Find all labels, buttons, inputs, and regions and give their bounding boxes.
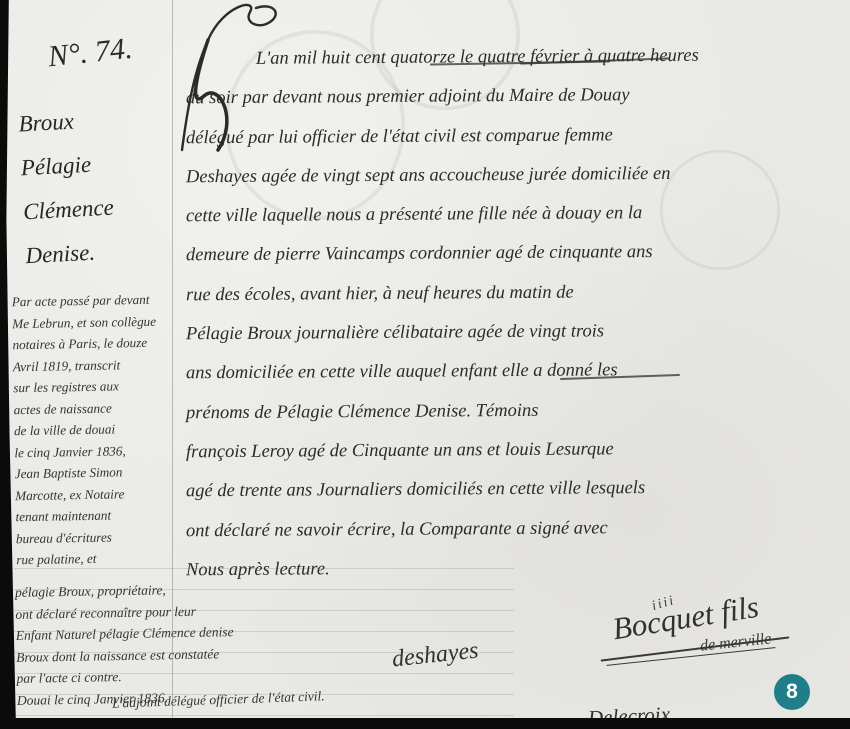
scanned-birth-record-page: N°. 74. BrouxPélagieClémenceDenise. Par … [0, 0, 850, 729]
act-body-line: du soir par devant nous premier adjoint … [186, 75, 846, 119]
scan-edge-bottom [0, 718, 850, 729]
margin-note-line: bureau d'écritures [16, 525, 160, 549]
act-body-line: ont déclaré ne savoir écrire, la Compara… [186, 507, 846, 551]
margin-note-line: notaires à Paris, le douze [12, 332, 156, 356]
margin-name-line: Denise. [24, 230, 117, 279]
margin-note-line: Avril 1819, transcrit [13, 353, 157, 377]
act-body-line: françois Leroy agé de Cinquante un ans e… [186, 429, 846, 473]
margin-note-line: de la ville de douai [14, 418, 158, 442]
act-body-line: prénoms de Pélagie Clémence Denise. Témo… [186, 389, 846, 433]
margin-note-line: Par acte passé par devant [12, 289, 156, 313]
margin-note-line: Broux dont la naissance est constatée [16, 643, 234, 668]
margin-note-line: le cinq Janvier 1836, [14, 439, 158, 463]
margin-recognition-note-continued: pélagie Broux, propriétaire,ont déclaré … [15, 578, 235, 711]
margin-name-line: Broux [17, 98, 110, 147]
margin-note-line: rue palatine, et [16, 547, 160, 571]
margin-note-line: Enfant Naturel pélagie Clémence denise [16, 621, 234, 646]
act-body-line: cette ville laquelle nous a présenté une… [186, 193, 846, 237]
margin-note-line: Me Lebrun, et son collègue [12, 310, 156, 334]
margin-name-line: Pélagie [20, 142, 113, 191]
signature-bocquet-subscript: de merville [699, 630, 772, 655]
act-body-line: agé de trente ans Journaliers domiciliés… [186, 468, 846, 512]
act-body-line: Deshayes agée de vingt sept ans accouche… [186, 154, 846, 198]
margin-rule-line [172, 0, 173, 718]
margin-note-line: Jean Baptiste Simon [15, 461, 159, 485]
margin-note-line: sur les registres aux [13, 375, 157, 399]
act-number: N°. 74. [46, 32, 134, 75]
act-body-line: délégué par lui officier de l'état civil… [186, 114, 846, 158]
act-body-line: Pélagie Broux journalière célibataire ag… [186, 311, 846, 355]
step-8-badge: 8 [774, 674, 810, 710]
act-body-text: L'an mil huit cent quatorze le quatre fé… [186, 38, 846, 588]
margin-child-name: BrouxPélagieClémenceDenise. [17, 98, 117, 279]
act-body-line: rue des écoles, avant hier, à neuf heure… [186, 271, 846, 315]
act-body-line: L'an mil huit cent quatorze le quatre fé… [186, 36, 846, 80]
act-body-line: Nous après lecture. [186, 547, 846, 591]
act-body-line: ans domiciliée en cette ville auquel enf… [186, 350, 846, 394]
margin-name-line: Clémence [22, 186, 115, 235]
margin-recognition-note: Par acte passé par devantMe Lebrun, et s… [12, 289, 161, 571]
margin-note-line: tenant maintenant [15, 504, 159, 528]
act-body-line: demeure de pierre Vaincamps cordonnier a… [186, 232, 846, 276]
margin-note-line: Marcotte, ex Notaire [15, 482, 159, 506]
margin-note-line: actes de naissance [13, 396, 157, 420]
